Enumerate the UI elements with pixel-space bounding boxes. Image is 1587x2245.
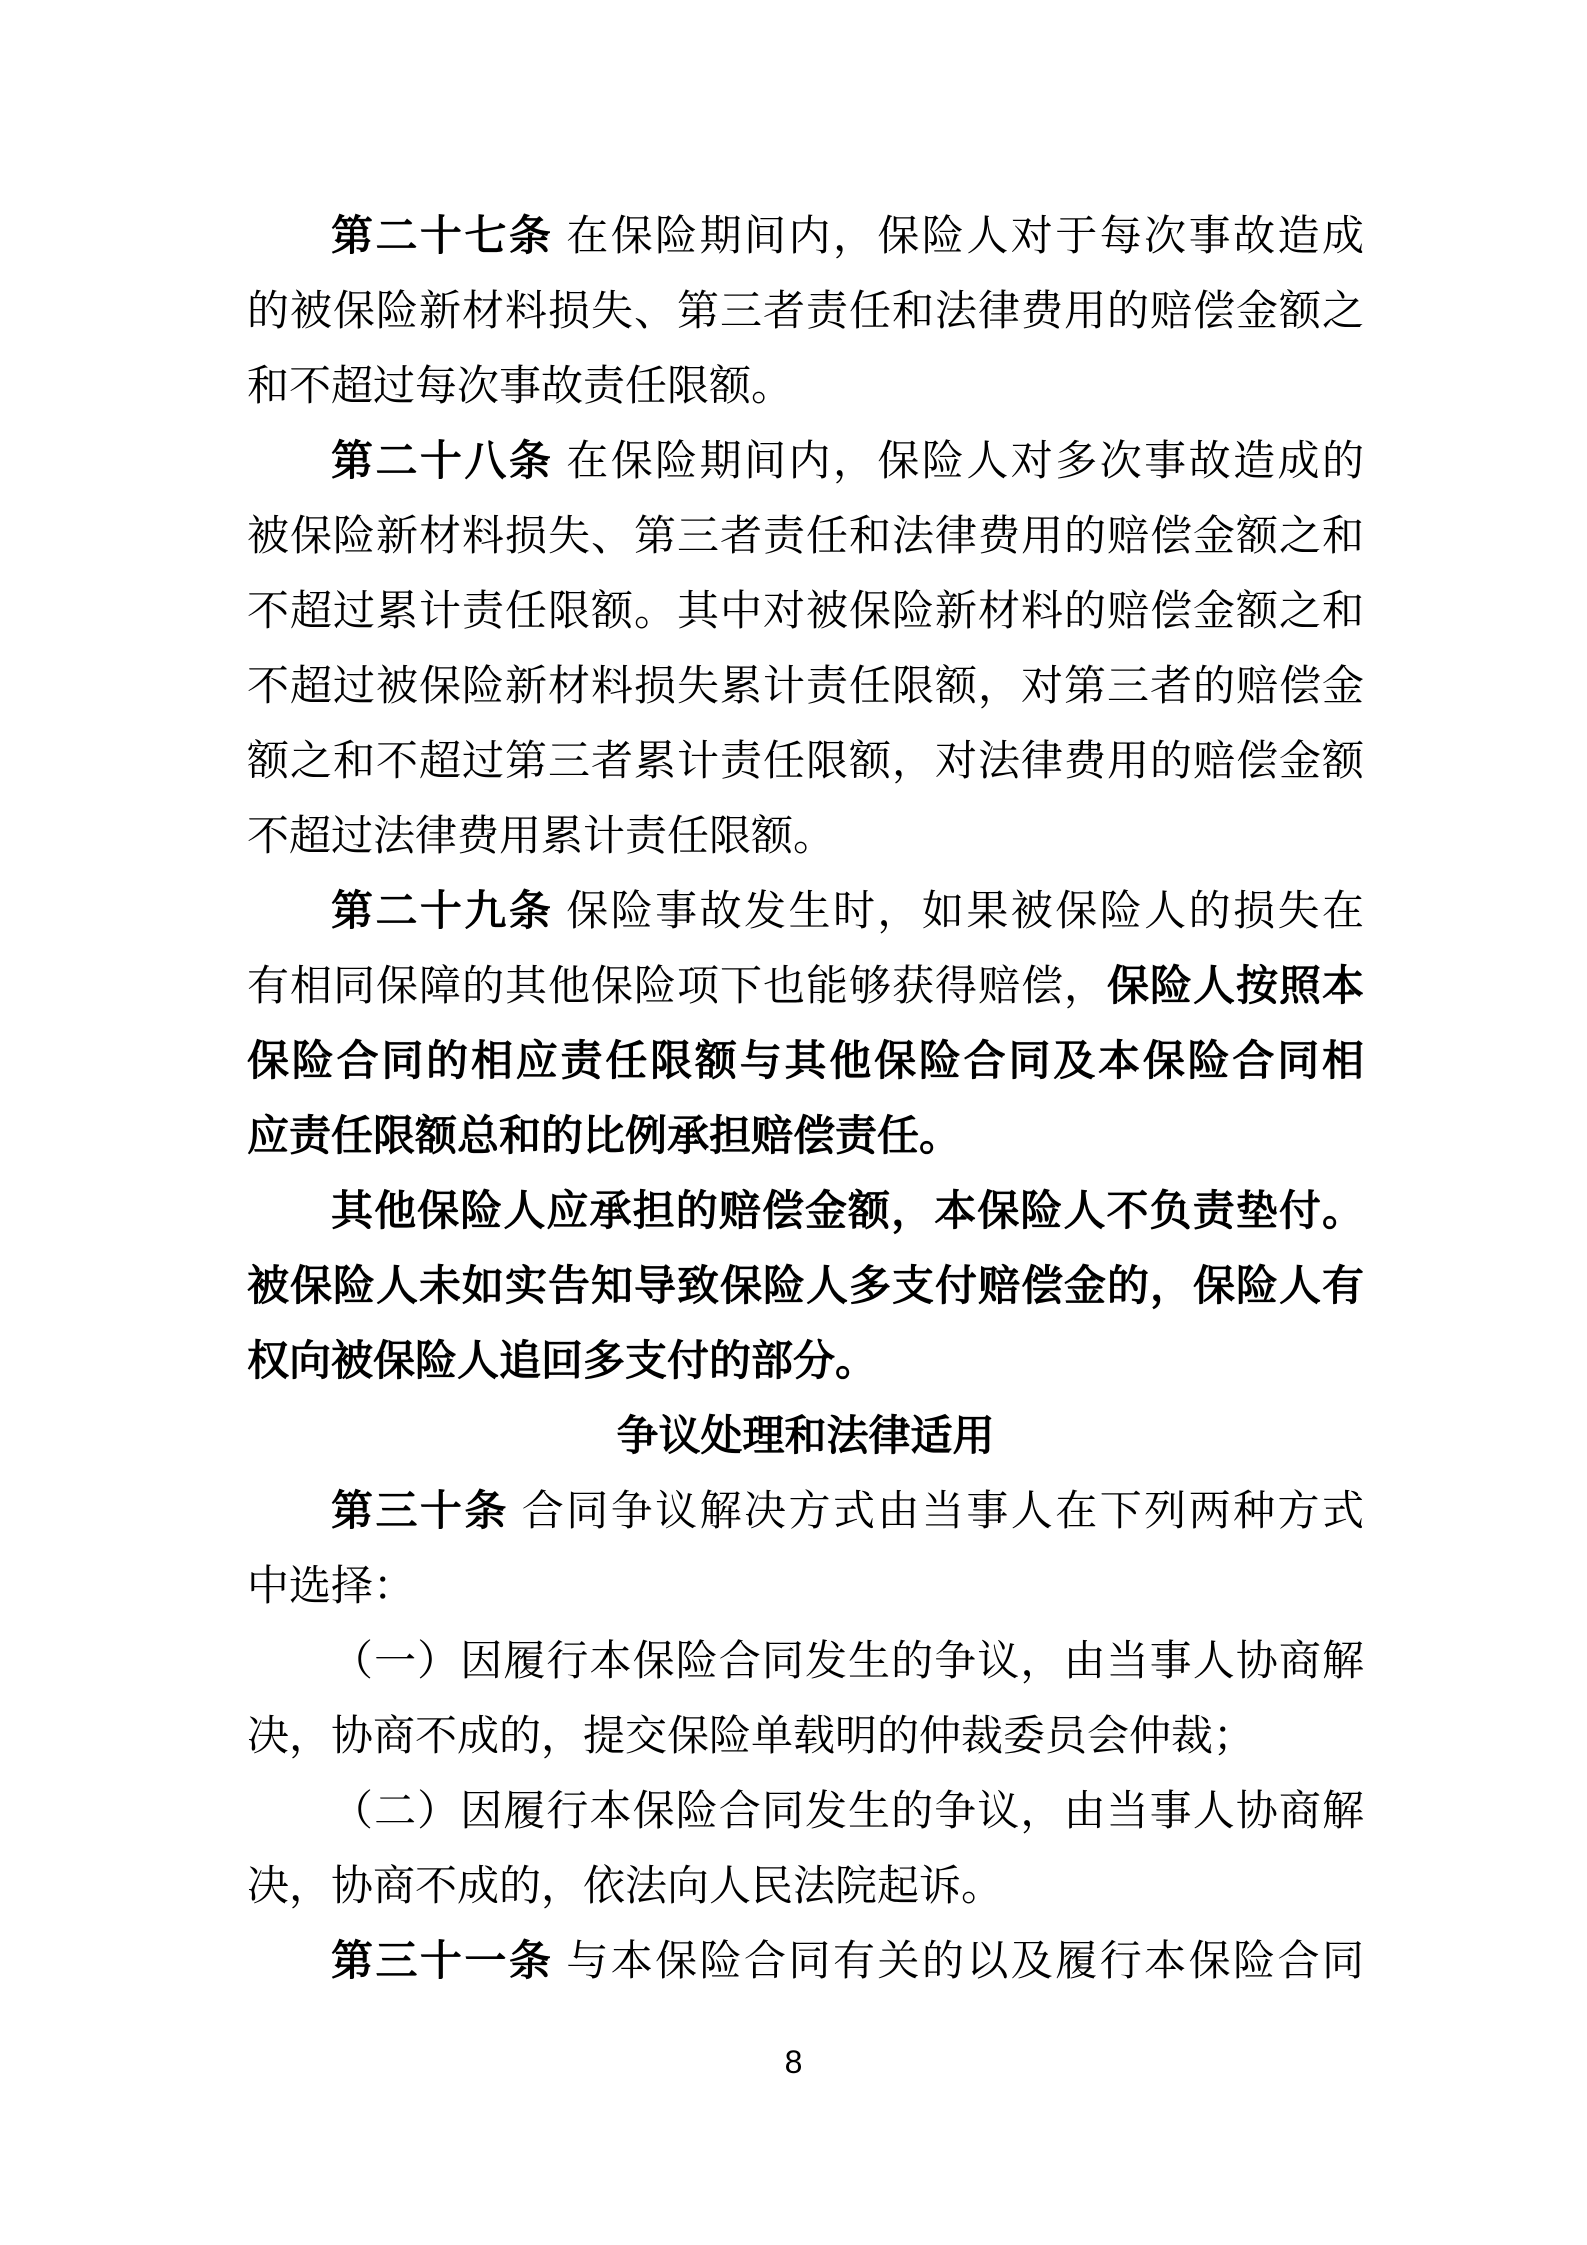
emphasized-text-run: 应责任限额总和的比例承担赔偿责任。: [247, 1114, 961, 1160]
text-run: 与本保险合同有关的以及履行本保险合同: [553, 1939, 1364, 1985]
paragraph-line: 其他保险人应承担的赔偿金额，本保险人不负责垫付。: [247, 1175, 1364, 1250]
article-number: 第二十九条: [331, 889, 553, 935]
text-run: 不超过被保险新材料损失累计责任限额，对第三者的赔偿金: [247, 664, 1364, 710]
paragraph-line: 权向被保险人追回多支付的部分。: [247, 1325, 1364, 1400]
emphasized-text-run: 权向被保险人追回多支付的部分。: [247, 1339, 877, 1385]
emphasized-text-run: 被保险人未如实告知导致保险人多支付赔偿金的，保险人有: [247, 1264, 1364, 1310]
paragraph-line: 决，协商不成的，提交保险单载明的仲裁委员会仲裁；: [247, 1700, 1364, 1775]
paragraph-line: 额之和不超过第三者累计责任限额，对法律费用的赔偿金额: [247, 725, 1364, 800]
paragraph-line: 第二十九条 保险事故发生时，如果被保险人的损失在: [247, 875, 1364, 950]
emphasized-text-run: 保险人按照本: [1107, 964, 1364, 1010]
paragraph-line: 被保险人未如实告知导致保险人多支付赔偿金的，保险人有: [247, 1250, 1364, 1325]
page-number: 8: [0, 2042, 1587, 2082]
text-run: （一）因履行本保险合同发生的争议，由当事人协商解: [331, 1639, 1364, 1685]
text-run: 决，协商不成的，依法向人民法院起诉。: [247, 1864, 1003, 1910]
paragraph-line: 保险合同的相应责任限额与其他保险合同及本保险合同相: [247, 1025, 1364, 1100]
article-number: 第三十条: [331, 1489, 509, 1535]
paragraph-line: 决，协商不成的，依法向人民法院起诉。: [247, 1850, 1364, 1925]
paragraph-line: 应责任限额总和的比例承担赔偿责任。: [247, 1100, 1364, 1175]
paragraph-line: 中选择：: [247, 1550, 1364, 1625]
text-run: 额之和不超过第三者累计责任限额，对法律费用的赔偿金额: [247, 739, 1364, 785]
text-run: 和不超过每次事故责任限额。: [247, 364, 793, 410]
paragraph-line: 不超过累计责任限额。其中对被保险新材料的赔偿金额之和: [247, 575, 1364, 650]
text-run: 在保险期间内，保险人对于每次事故造成: [553, 214, 1364, 260]
paragraph-line: 不超过法律费用累计责任限额。: [247, 800, 1364, 875]
article-number: 第三十一条: [331, 1939, 553, 1985]
paragraph-line: （二）因履行本保险合同发生的争议，由当事人协商解: [247, 1775, 1364, 1850]
emphasized-text-run: 保险合同的相应责任限额与其他保险合同及本保险合同相: [247, 1039, 1364, 1085]
text-run: 有相同保障的其他保险项下也能够获得赔偿，: [247, 964, 1107, 1010]
section-heading: 争议处理和法律适用: [247, 1400, 1364, 1475]
article-number: 第二十七条: [331, 214, 553, 260]
text-run: 的被保险新材料损失、第三者责任和法律费用的赔偿金额之: [247, 289, 1364, 335]
page-content: 第二十七条 在保险期间内，保险人对于每次事故造成 的被保险新材料损失、第三者责任…: [247, 200, 1364, 2000]
article-number: 第二十八条: [331, 439, 553, 485]
text-run: 不超过累计责任限额。其中对被保险新材料的赔偿金额之和: [247, 589, 1364, 635]
paragraph-line: 有相同保障的其他保险项下也能够获得赔偿，保险人按照本: [247, 950, 1364, 1025]
paragraph-line: 被保险新材料损失、第三者责任和法律费用的赔偿金额之和: [247, 500, 1364, 575]
paragraph-line: 的被保险新材料损失、第三者责任和法律费用的赔偿金额之: [247, 275, 1364, 350]
paragraph-line: 第二十七条 在保险期间内，保险人对于每次事故造成: [247, 200, 1364, 275]
text-run: 在保险期间内，保险人对多次事故造成的: [553, 439, 1364, 485]
text-run: 保险事故发生时，如果被保险人的损失在: [553, 889, 1364, 935]
emphasized-text-run: 其他保险人应承担的赔偿金额，本保险人不负责垫付。: [331, 1189, 1364, 1235]
text-run: 中选择：: [247, 1564, 415, 1610]
text-run: 决，协商不成的，提交保险单载明的仲裁委员会仲裁；: [247, 1714, 1255, 1760]
paragraph-line: 第三十条 合同争议解决方式由当事人在下列两种方式: [247, 1475, 1364, 1550]
paragraph-line: 第三十一条 与本保险合同有关的以及履行本保险合同: [247, 1925, 1364, 2000]
paragraph-line: 不超过被保险新材料损失累计责任限额，对第三者的赔偿金: [247, 650, 1364, 725]
text-run: （二）因履行本保险合同发生的争议，由当事人协商解: [331, 1789, 1364, 1835]
paragraph-line: （一）因履行本保险合同发生的争议，由当事人协商解: [247, 1625, 1364, 1700]
text-run: 合同争议解决方式由当事人在下列两种方式: [509, 1489, 1364, 1535]
paragraph-line: 和不超过每次事故责任限额。: [247, 350, 1364, 425]
paragraph-line: 第二十八条 在保险期间内，保险人对多次事故造成的: [247, 425, 1364, 500]
document-page: 第二十七条 在保险期间内，保险人对于每次事故造成 的被保险新材料损失、第三者责任…: [0, 0, 1587, 2245]
text-run: 不超过法律费用累计责任限额。: [247, 814, 835, 860]
text-run: 被保险新材料损失、第三者责任和法律费用的赔偿金额之和: [247, 514, 1364, 560]
